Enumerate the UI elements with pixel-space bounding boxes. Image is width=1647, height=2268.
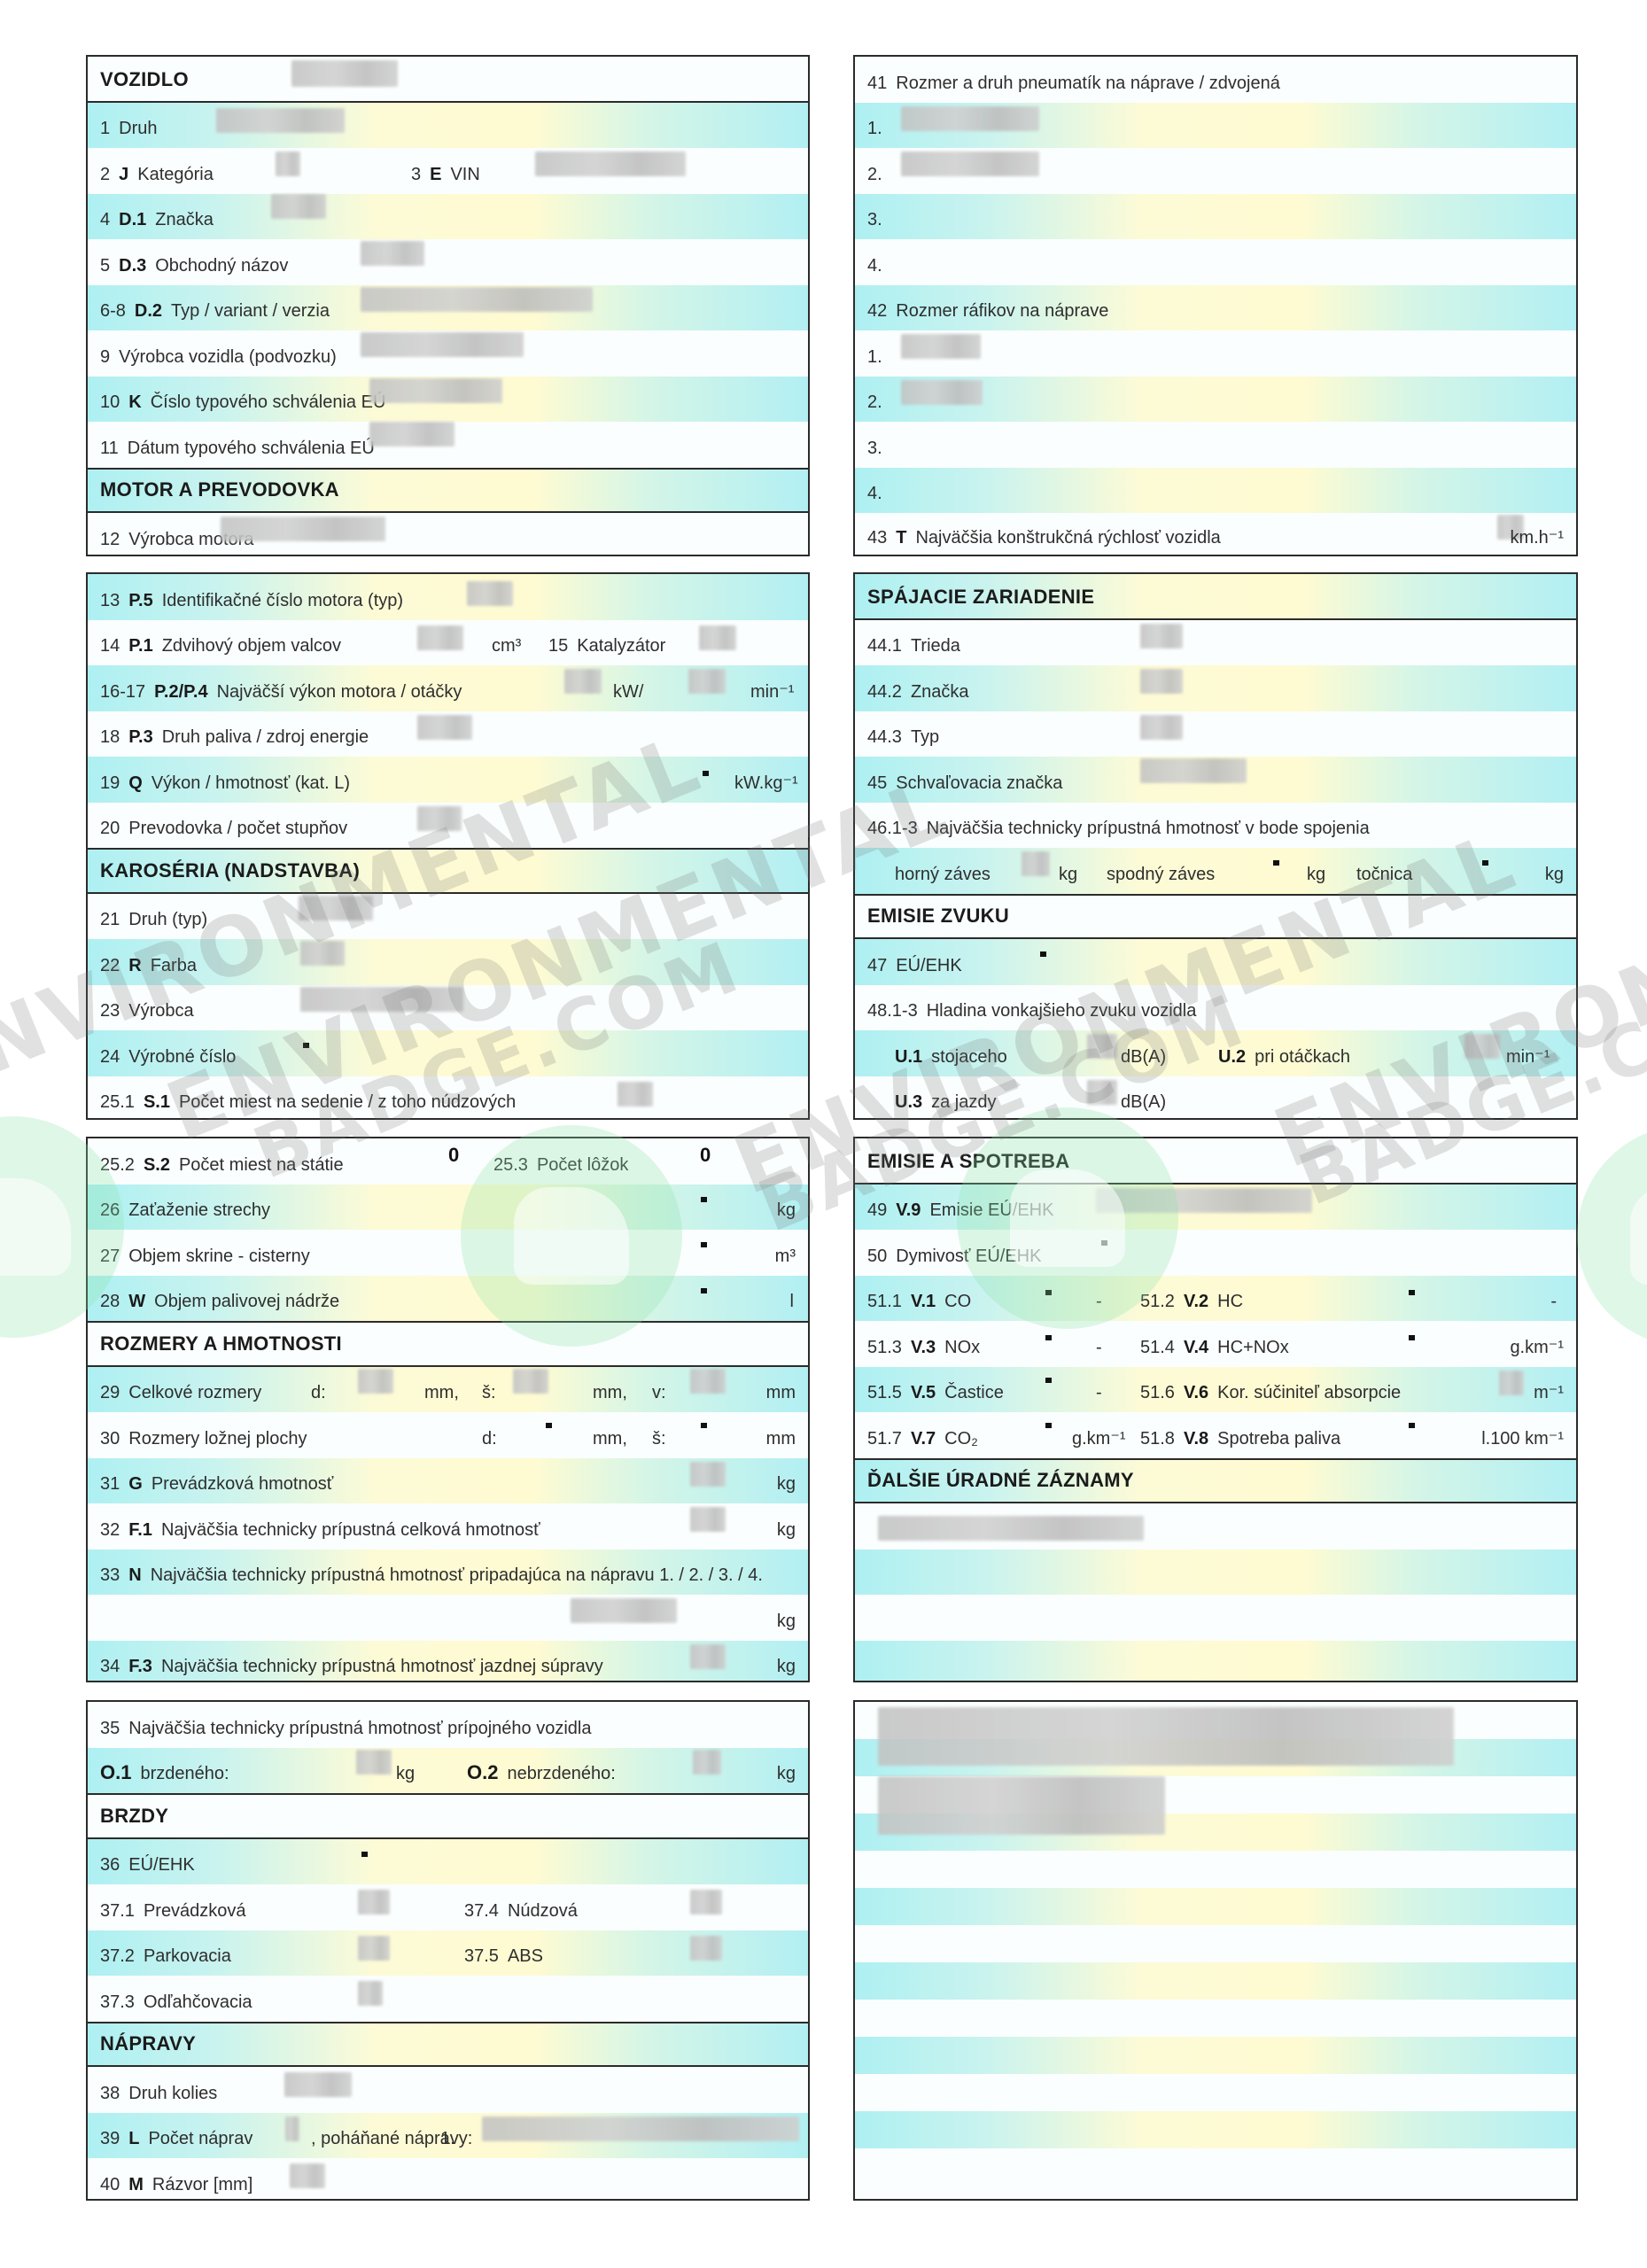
redacted-value — [285, 2117, 299, 2141]
field-poznamka-10 — [855, 2037, 1576, 2074]
field-poznamka-5 — [855, 1851, 1576, 1888]
field-nox-hcnox: 51.3V.3NOx - 51.4V.4HC+NOx g.km⁻¹ — [855, 1321, 1576, 1367]
redacted-value — [417, 625, 463, 650]
redacted-value — [690, 1462, 726, 1487]
redacted-value — [299, 896, 373, 920]
redacted-value — [1140, 715, 1183, 740]
field-pneumatika-4: 4. — [855, 239, 1576, 285]
empty-value-dash — [361, 1852, 368, 1857]
empty-value-dash — [303, 1043, 309, 1048]
field-zvuk-za-jazdy: U.3za jazdy dB(A) — [855, 1076, 1576, 1121]
field-poznamka-7 — [855, 1925, 1576, 1962]
redacted-value — [1499, 1371, 1524, 1395]
redacted-value — [358, 1369, 393, 1394]
field-prevadzkova-hmotnost: 31GPrevádzková hmotnosť kg — [88, 1458, 808, 1504]
empty-value-dash — [1040, 951, 1046, 957]
empty-value-dash — [1482, 860, 1488, 866]
empty-value-dash — [1409, 1290, 1415, 1295]
redacted-value — [276, 151, 300, 176]
empty-value-dash — [1045, 1335, 1052, 1340]
field-poznamka-12 — [855, 2111, 1576, 2148]
section-emisie-a-spotreba: EMISIE A SPOTREBA 49V.9Emisie EÚ/EHK 50D… — [853, 1137, 1578, 1682]
field-druh: 1Druh — [88, 103, 808, 149]
redacted-value — [901, 106, 1039, 131]
field-farba: 22RFarba — [88, 939, 808, 985]
redacted-value — [699, 625, 736, 650]
field-datum-typoveho-schvalenia: 11Dátum typového schválenia EÚ — [88, 422, 808, 468]
field-castice-absorpcia: 51.5V.5Častice - 51.6V.6Kor. súčiniteľ a… — [855, 1367, 1576, 1413]
field-kategoria-vin: 2JKategória 3EVIN — [88, 148, 808, 194]
redacted-value — [688, 669, 726, 694]
redacted-value — [290, 2163, 325, 2188]
field-rozmer-rafikov: 42Rozmer ráfikov na náprave — [855, 285, 1576, 331]
field-typ-variant-verzia: 6-8D.2Typ / variant / verzia — [88, 285, 808, 331]
field-poznamka-9 — [855, 2000, 1576, 2037]
redacted-value — [417, 715, 472, 740]
field-trieda: 44.1Trieda — [855, 620, 1576, 666]
redacted-stamp-text — [878, 1776, 1165, 1835]
field-poznamka-13 — [855, 2148, 1576, 2186]
redacted-value — [356, 1750, 392, 1775]
redacted-value — [358, 1981, 383, 2006]
empty-value-dash — [701, 1242, 707, 1247]
field-pocet-miest-na-statie: 25.2S.2Počet miest na státie 0 25.3Počet… — [88, 1138, 808, 1184]
section-title-karoseria: KAROSÉRIA (NADSTAVBA) — [88, 848, 808, 894]
empty-value-dash — [546, 1423, 552, 1428]
field-hladina-zvuku: 48.1-3Hladina vonkajšieho zvuku vozidla — [855, 985, 1576, 1031]
redacted-value — [1087, 1034, 1117, 1059]
field-zatazenie-strechy: 26Zaťaženie strechy kg — [88, 1184, 808, 1231]
section-title-emisie-a-spotreba: EMISIE A SPOTREBA — [855, 1138, 1576, 1184]
field-pneumatika-1: 1. — [855, 103, 1576, 149]
section-spajacie-zariadenie: SPÁJACIE ZARIADENIE 44.1Trieda 44.2Značk… — [853, 572, 1578, 1120]
field-obchodny-nazov: 5D.3Obchodný názov — [88, 239, 808, 285]
redacted-value — [901, 380, 983, 405]
watermark-badge-right — [1577, 1125, 1647, 1347]
empty-value-dash — [1045, 1290, 1052, 1295]
field-rafik-3: 3. — [855, 422, 1576, 468]
field-brzda-parkovacia-abs: 37.2Parkovacia 37.5ABS — [88, 1930, 808, 1977]
redacted-value — [513, 1369, 548, 1394]
field-vyrobca-vozidla: 9Výrobca vozidla (podvozku) — [88, 330, 808, 377]
field-typ-spajacieho: 44.3Typ — [855, 711, 1576, 757]
field-brzda-prevadzkova-nudzova: 37.1Prevádzková 37.4Núdzová — [88, 1884, 808, 1930]
section-title-napravy: NÁPRAVY — [88, 2022, 808, 2068]
field-celkove-rozmery: 29Celkové rozmery d: mm, š: mm, v: mm — [88, 1367, 808, 1413]
field-rafik-1: 1. — [855, 330, 1576, 377]
field-brzda-odlahcovacia: 37.3Odľahčovacia — [88, 1976, 808, 2022]
redacted-value — [417, 806, 462, 831]
empty-value-dash — [703, 771, 709, 776]
redacted-value — [1464, 1034, 1500, 1059]
field-zaznam-1 — [855, 1503, 1576, 1550]
redacted-value — [690, 1936, 722, 1961]
field-pneumatika-3: 3. — [855, 194, 1576, 240]
redacted-vin — [535, 151, 686, 176]
field-brzdy-eu-ehk: 36EÚ/EHK — [88, 1839, 808, 1885]
empty-value-dash — [1101, 1240, 1107, 1246]
redacted-value — [271, 194, 326, 219]
redacted-value — [1022, 851, 1050, 876]
redacted-value — [1140, 758, 1247, 783]
field-identifikacne-cislo-motora: 13P.5Identifikačné číslo motora (typ) — [88, 574, 808, 620]
field-hmotnost-pripojneho-vozidla: 35Najväčšia technicky prípustná hmotnosť… — [88, 1702, 808, 1748]
field-rozmer-pneumatik: 41Rozmer a druh pneumatík na náprave / z… — [855, 57, 1576, 103]
field-objem-palivovej-nadrze: 28WObjem palivovej nádrže l — [88, 1276, 808, 1322]
section-title-rozmery: ROZMERY A HMOTNOSTI — [88, 1321, 808, 1367]
section-title-motor-a-prevodovka: MOTOR A PREVODOVKA — [88, 468, 808, 514]
field-druh-kolies: 38Druh kolies — [88, 2067, 808, 2113]
redacted-value — [369, 422, 454, 447]
field-druh-paliva: 18P.3Druh paliva / zdroj energie — [88, 711, 808, 757]
redacted-value — [482, 2117, 799, 2141]
section-title-spajacie-zariadenie: SPÁJACIE ZARIADENIE — [855, 574, 1576, 620]
section-vozidlo: VOZIDLO 1Druh 2JKategória 3EVIN 4D.1Znač… — [86, 55, 810, 556]
section-poznamky — [853, 1700, 1578, 2201]
redacted-value — [467, 581, 513, 606]
redacted-value — [690, 1890, 722, 1915]
field-znacka: 4D.1Značka — [88, 194, 808, 240]
redacted-value — [618, 1082, 653, 1107]
field-znacka-spajacieho: 44.2Značka — [855, 665, 1576, 711]
redacted-value — [1140, 624, 1183, 649]
empty-value-dash — [701, 1423, 707, 1428]
field-rafik-2: 2. — [855, 377, 1576, 423]
empty-value-dash — [1409, 1423, 1415, 1428]
field-pocet-miest-na-sedenie: 25.1S.1Počet miest na sedenie / z toho n… — [88, 1076, 808, 1121]
field-hmotnost-na-napravu: 33NNajväčšia technicky prípustná hmotnos… — [88, 1550, 808, 1596]
field-hmotnost-v-bode-spojenia: 46.1-3Najväčšia technicky prípustná hmot… — [855, 803, 1576, 849]
field-emisie-eu-ehk: 49V.9Emisie EÚ/EHK — [855, 1184, 1576, 1231]
redacted-value — [690, 1644, 726, 1669]
field-poznamka-6 — [855, 1888, 1576, 1925]
field-razvor: 40MRázvor [mm] — [88, 2158, 808, 2201]
redacted-value — [571, 1598, 677, 1623]
field-pneumatika-2: 2. — [855, 148, 1576, 194]
empty-value-dash — [701, 1197, 707, 1202]
field-co-hc: 51.1V.1CO - 51.2V.2HC - — [855, 1276, 1576, 1322]
redacted-value — [690, 1369, 726, 1394]
field-najvacsi-vykon-motora: 16-17P.2/P.4Najväčší výkon motora / otáč… — [88, 665, 808, 711]
redacted-value — [300, 987, 463, 1012]
section-title-dalsie-uradne-zaznamy: ĎALŠIE ÚRADNÉ ZÁZNAMY — [855, 1458, 1576, 1504]
redacted-value — [361, 241, 424, 266]
redacted-value — [291, 60, 398, 87]
field-co2-spotreba: 51.7V.7CO₂ g.km⁻¹ 51.8V.8Spotreba paliva… — [855, 1412, 1576, 1458]
redacted-value — [358, 1936, 390, 1961]
empty-value-dash — [1045, 1423, 1052, 1428]
field-zaznam-4 — [855, 1641, 1576, 1683]
section-motor: 13P.5Identifikačné číslo motora (typ) 14… — [86, 572, 810, 1120]
field-zvuk-stojaceho: U.1stojaceho dB(A) U.2pri otáčkach min⁻¹ — [855, 1030, 1576, 1076]
section-pneumatiky: 41Rozmer a druh pneumatík na náprave / z… — [853, 55, 1578, 556]
redacted-value — [284, 2072, 352, 2097]
redacted-value — [361, 287, 593, 312]
field-zaznam-3 — [855, 1595, 1576, 1641]
redacted-stamp-text — [878, 1707, 1454, 1766]
field-zavesy: horný záves kg spodný záves kg točnica k… — [855, 848, 1576, 894]
empty-value-dash — [1045, 1378, 1052, 1383]
field-celkova-hmotnost: 32F.1Najväčšia technicky prípustná celko… — [88, 1503, 808, 1550]
field-poznamka-8 — [855, 1962, 1576, 2000]
redacted-value — [221, 517, 385, 541]
redacted-value — [358, 1890, 390, 1915]
field-brzdeneho-nebrzdeneho: O.1brzdeného: kg O.2nebrzdeného: kg — [88, 1748, 808, 1794]
redacted-value — [300, 941, 345, 966]
redacted-value — [1140, 669, 1183, 694]
field-druh-typ: 21Druh (typ) — [88, 894, 808, 940]
redacted-value — [901, 151, 1039, 176]
redacted-value — [1096, 1188, 1312, 1213]
field-schvalovacia-znacka: 45Schvaľovacia značka — [855, 757, 1576, 803]
field-prevodovka: 20Prevodovka / počet stupňov — [88, 803, 808, 849]
field-objem-skrine: 27Objem skrine - cisterny m³ — [88, 1230, 808, 1276]
redacted-value — [901, 334, 981, 359]
redacted-value — [690, 1507, 726, 1532]
empty-value-dash — [1273, 860, 1279, 866]
section-title-vozidlo: VOZIDLO — [88, 57, 808, 103]
redacted-value — [878, 1516, 1144, 1541]
field-zaznam-2 — [855, 1550, 1576, 1596]
field-zvuk-eu-ehk: 47EÚ/EHK — [855, 939, 1576, 985]
field-rozmery-loznej-plochy: 30Rozmery ložnej plochy d: mm, š: mm — [88, 1412, 808, 1458]
field-vyrobne-cislo: 24Výrobné číslo — [88, 1030, 808, 1076]
field-zdvihovy-objem: 14P.1Zdvihový objem valcov cm³ 15Katalyz… — [88, 620, 808, 666]
field-pocet-naprav: 39LPočet náprav , poháňané nápravy: 1. — [88, 2113, 808, 2159]
section-brzdy-napravy: 35Najväčšia technicky prípustná hmotnosť… — [86, 1700, 810, 2201]
section-rozmery-a-hmotnosti: 25.2S.2Počet miest na státie 0 25.3Počet… — [86, 1137, 810, 1682]
field-hmotnost-na-napravu-value: kg — [88, 1595, 808, 1641]
section-title-brzdy: BRZDY — [88, 1793, 808, 1839]
redacted-value — [361, 332, 524, 357]
field-poznamka-11 — [855, 2074, 1576, 2111]
field-hmotnost-jazdnej-supravy: 34F.3Najväčšia technicky prípustná hmotn… — [88, 1641, 808, 1683]
field-cislo-typoveho-schvalenia: 10KČíslo typového schválenia EÚ — [88, 377, 808, 423]
redacted-value — [369, 378, 502, 403]
field-najvacsia-rychlost: 43TNajväčšia konštrukčná rýchlosť vozidl… — [855, 513, 1576, 556]
redacted-value — [1087, 1080, 1117, 1105]
empty-value-dash — [701, 1288, 707, 1293]
redacted-value — [564, 669, 602, 694]
redacted-value — [216, 108, 345, 133]
field-rafik-4: 4. — [855, 468, 1576, 514]
section-title-emisie-zvuku: EMISIE ZVUKU — [855, 894, 1576, 940]
field-vykon-hmotnost: 19QVýkon / hmotnosť (kat. L) kW.kg⁻¹ — [88, 757, 808, 803]
field-vyrobca-karoserie: 23Výrobca — [88, 985, 808, 1031]
empty-value-dash — [1409, 1335, 1415, 1340]
redacted-value — [693, 1750, 721, 1775]
field-dymivost: 50Dymivosť EÚ/EHK — [855, 1230, 1576, 1276]
field-vyrobca-motora: 12Výrobca motora — [88, 513, 808, 556]
